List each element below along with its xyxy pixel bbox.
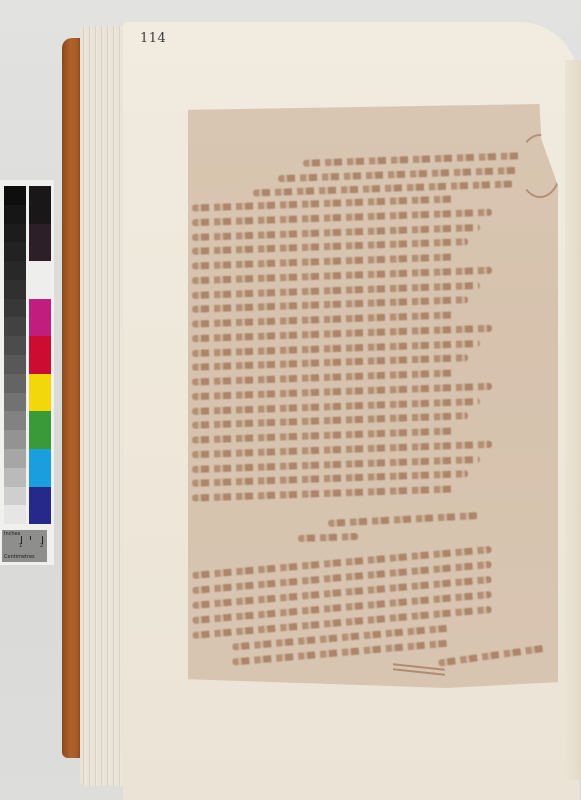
color-patch-strip	[29, 186, 51, 524]
color-patch	[29, 186, 51, 224]
handwriting-line	[192, 209, 492, 226]
gray-patch	[4, 205, 26, 224]
mounted-manuscript-letter	[188, 104, 558, 688]
ruler-inches-label: Inches	[4, 531, 20, 537]
ruler-mark-1: 1	[19, 543, 22, 549]
handwriting-line	[192, 455, 480, 472]
handwriting-line	[192, 354, 468, 371]
ruler-centimetres-label: Centimetres	[4, 554, 35, 560]
page-fore-edge	[565, 60, 581, 780]
color-calibration-card	[0, 180, 54, 565]
handwriting-line	[192, 267, 492, 284]
page-number: 114	[140, 31, 166, 46]
grayscale-strip	[4, 186, 26, 524]
handwriting-line	[192, 296, 468, 313]
scale-ruler: Inches 1 2 Centimetres	[2, 530, 47, 562]
gray-patch	[4, 505, 26, 524]
handwriting-line	[192, 369, 456, 385]
handwriting-line	[192, 397, 480, 414]
handwriting-line	[192, 281, 480, 298]
color-patch	[29, 336, 51, 374]
gray-patch	[4, 411, 26, 430]
handwriting-line	[192, 311, 456, 327]
color-patch	[29, 374, 51, 412]
color-patch	[29, 449, 51, 487]
color-patch	[29, 224, 51, 262]
handwriting-line	[303, 152, 523, 167]
gray-patch	[4, 280, 26, 299]
gray-patch	[4, 449, 26, 468]
handwriting-line	[298, 533, 358, 542]
handwriting-line	[192, 195, 456, 211]
gray-patch	[4, 487, 26, 506]
handwriting-line	[192, 238, 468, 255]
handwriting-line	[192, 412, 468, 429]
gray-patch	[4, 336, 26, 355]
handwriting-line	[192, 253, 456, 269]
gray-patch	[4, 261, 26, 280]
handwriting-line	[253, 180, 513, 196]
handwriting-line	[192, 223, 480, 240]
color-patch	[29, 487, 51, 525]
handwriting-line	[192, 470, 468, 487]
gray-patch	[4, 355, 26, 374]
handwriting-line	[192, 485, 456, 501]
handwriting-line	[328, 512, 478, 527]
gray-patch	[4, 468, 26, 487]
handwriting-line	[278, 166, 518, 181]
handwriting-line	[192, 427, 456, 443]
gray-patch	[4, 374, 26, 393]
color-patch	[29, 411, 51, 449]
color-patch	[29, 299, 51, 337]
gray-patch	[4, 299, 26, 318]
gray-patch	[4, 393, 26, 412]
color-patch	[29, 261, 51, 299]
handwriting-line	[192, 441, 492, 458]
gray-patch	[4, 186, 26, 205]
handwriting-line	[192, 383, 492, 400]
gray-patch	[4, 317, 26, 336]
handwriting-line	[192, 325, 492, 342]
gray-patch	[4, 224, 26, 243]
handwriting-line	[438, 644, 548, 666]
gray-patch	[4, 242, 26, 261]
ruler-mark-2: 2	[40, 543, 43, 549]
gray-patch	[4, 430, 26, 449]
handwriting-line	[192, 339, 480, 356]
